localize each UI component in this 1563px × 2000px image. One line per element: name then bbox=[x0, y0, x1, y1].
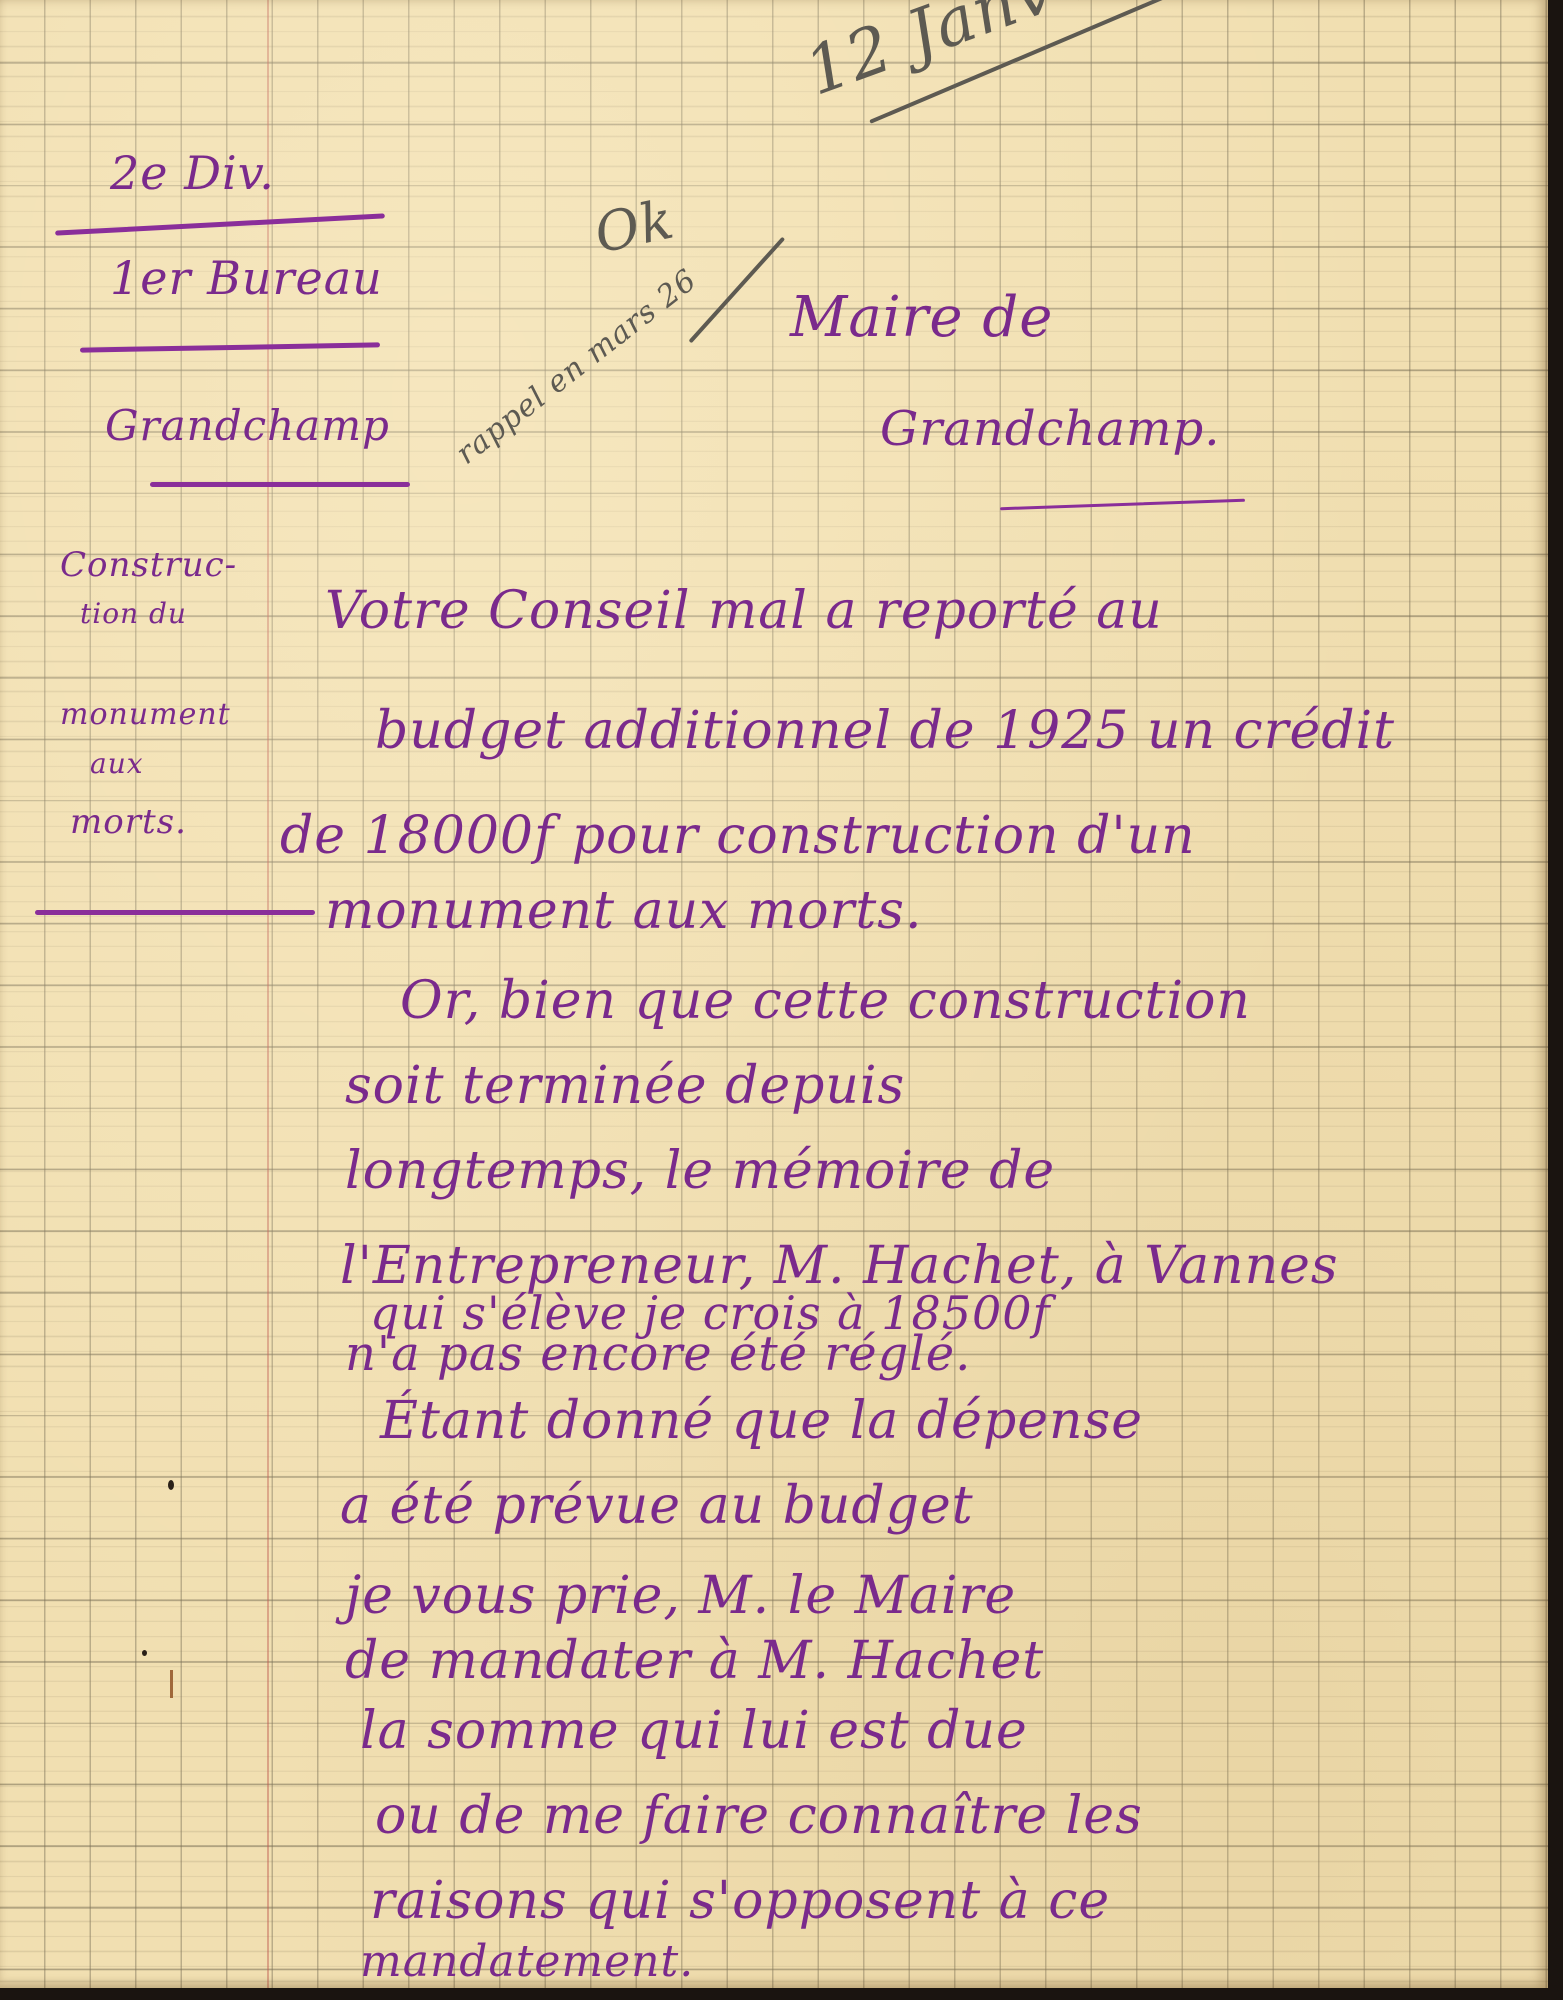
addressee-underline bbox=[1000, 499, 1245, 511]
body-line: monument aux morts. bbox=[325, 885, 923, 937]
pencil-note: rappel en mars 26 bbox=[452, 265, 703, 470]
commune-label: Grandchamp bbox=[105, 405, 390, 447]
pencil-initials: Ok bbox=[590, 192, 679, 261]
bureau-label: 1er Bureau bbox=[110, 255, 383, 301]
letter-page: 2e Div. 1er Bureau Grandchamp Ok 12 Janv… bbox=[0, 0, 1548, 1988]
margin-subject-line: tion du bbox=[80, 600, 187, 628]
body-line: Votre Conseil mal a reporté au bbox=[325, 585, 1163, 637]
bureau-underline bbox=[80, 342, 380, 352]
division-underline bbox=[55, 213, 385, 235]
body-line: je vous prie, M. le Maire bbox=[345, 1570, 1016, 1622]
margin-subject-line: Construc- bbox=[60, 548, 237, 582]
body-line: la somme qui lui est due bbox=[360, 1705, 1028, 1757]
body-line: longtemps, le mémoire de bbox=[345, 1145, 1055, 1197]
body-line: Or, bien que cette construction bbox=[400, 975, 1251, 1027]
body-line: l'Entrepreneur, M. Hachet, à Vannes bbox=[340, 1240, 1339, 1292]
margin-subject-line: aux bbox=[90, 750, 144, 778]
body-line: mandatement. bbox=[360, 1940, 694, 1984]
body-line: a été prévue au budget bbox=[340, 1480, 974, 1532]
margin-subject-line: monument bbox=[60, 700, 231, 730]
body-line: budget additionnel de 1925 un crédit bbox=[375, 705, 1395, 757]
body-line: de mandater à M. Hachet bbox=[345, 1635, 1044, 1687]
body-line: Étant donné que la dépense bbox=[380, 1395, 1143, 1447]
paper-stain bbox=[170, 1670, 173, 1698]
addressee-line-2: Grandchamp. bbox=[880, 405, 1220, 453]
body-line: raisons qui s'opposent à ce bbox=[370, 1875, 1110, 1927]
body-line: de 18000f pour construction d'un bbox=[280, 810, 1196, 862]
paper-stain bbox=[168, 1480, 174, 1490]
body-line: n'a pas encore été réglé. bbox=[345, 1330, 971, 1378]
body-line: ou de me faire connaître les bbox=[375, 1790, 1143, 1842]
margin-subject-line: morts. bbox=[70, 805, 187, 839]
margin-subject-rule bbox=[35, 910, 315, 915]
addressee-line-1: Maire de bbox=[790, 290, 1053, 346]
pencil-date: 12 Janv 26 bbox=[797, 0, 1163, 106]
commune-underline bbox=[150, 482, 410, 487]
division-label: 2e Div. bbox=[110, 150, 275, 196]
paper-stain bbox=[142, 1650, 147, 1656]
body-line: soit terminée depuis bbox=[345, 1060, 905, 1112]
